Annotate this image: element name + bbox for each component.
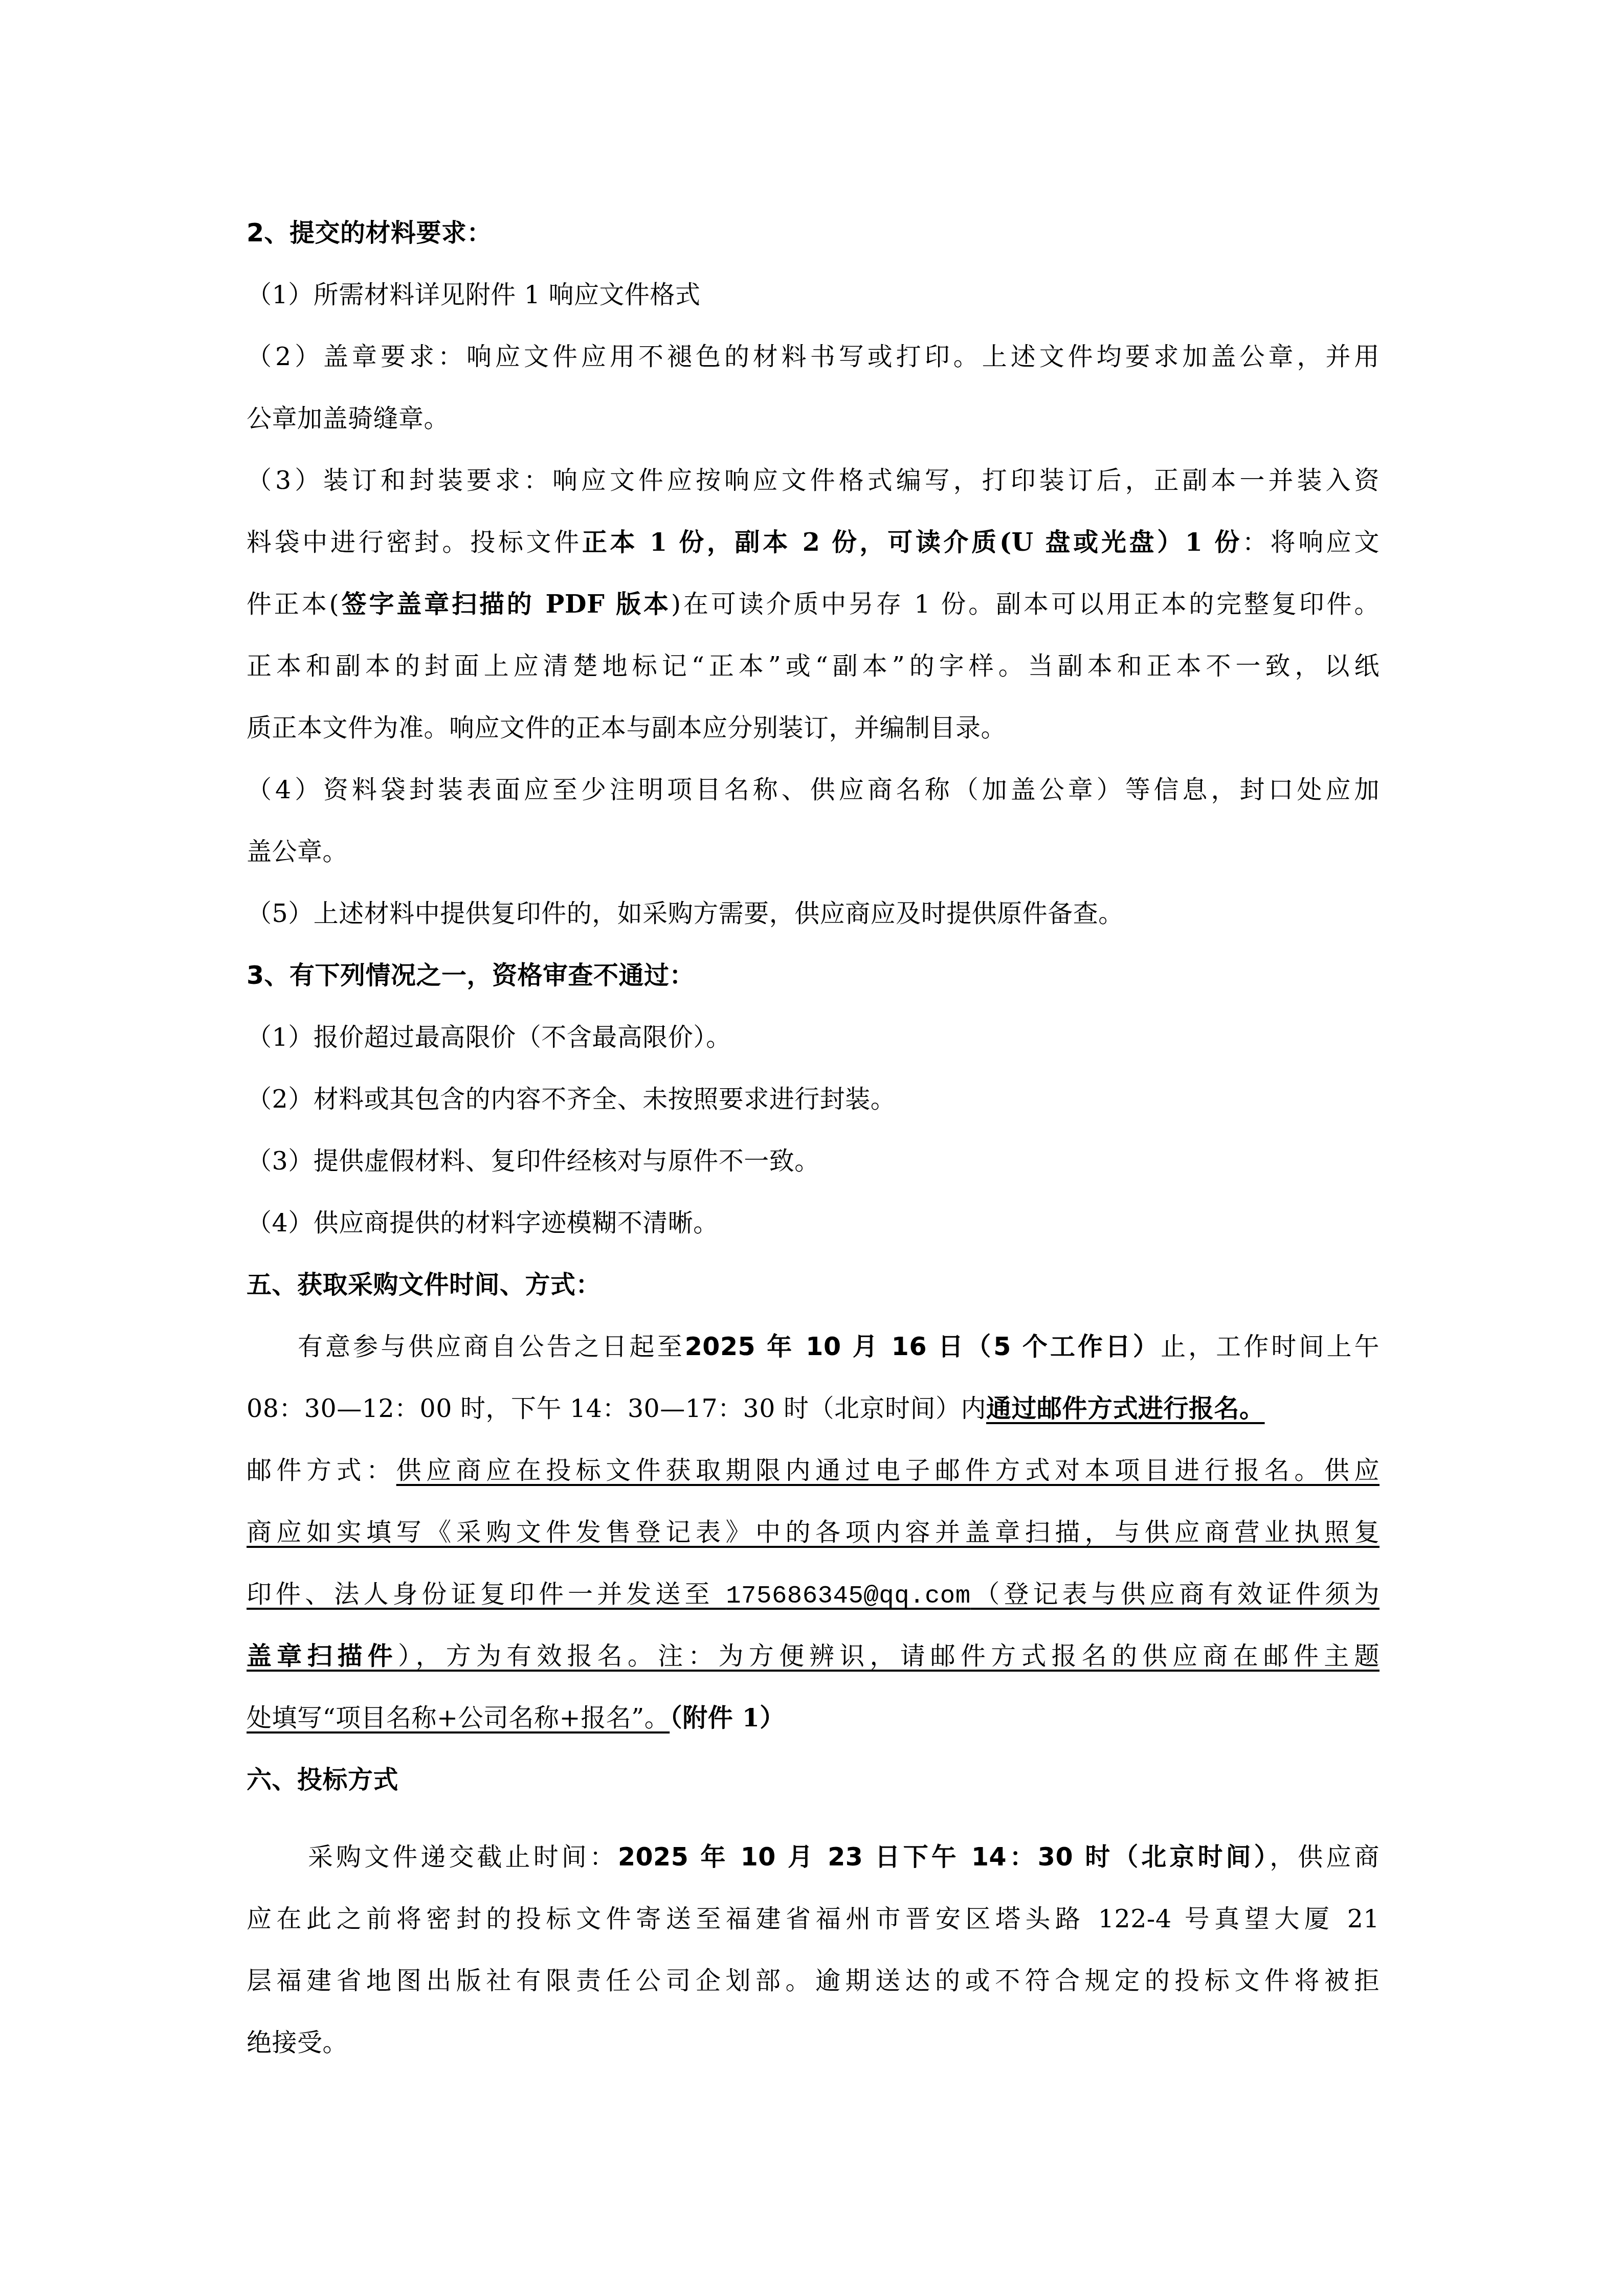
text-run: 印件、法人身份证复印件一并发送至 <box>247 1580 726 1609</box>
section-5-para-line-1: 有意参与供应商自公告之日起至2025 年 10 月 16 日（5 个工作日）止，… <box>247 1316 1380 1378</box>
section-2-heading: 2、提交的材料要求： <box>247 202 1380 264</box>
attachment-ref: （附件 1） <box>670 1703 785 1732</box>
section-2-item-3-line-5: 质正本文件为准。响应文件的正本与副本应分别装订，并编制目录。 <box>247 697 1380 759</box>
text-run: ：将响应文 <box>1242 528 1380 557</box>
email-method-line-4: 盖章扫描件），方为有效报名。注：为方便辨识，请邮件方式报名的供应商在邮件主题 <box>247 1625 1380 1687</box>
text-run: 有意参与供应商自公告之日起至 <box>298 1332 685 1361</box>
email-method-label: 邮件方式： <box>247 1456 396 1485</box>
section-2-item-1: （1）所需材料详见附件 1 响应文件格式 <box>247 264 1380 326</box>
section-2-item-2-line-2: 公章加盖骑缝章。 <box>247 388 1380 449</box>
document-page: 2、提交的材料要求： （1）所需材料详见附件 1 响应文件格式 （2）盖章要求：… <box>247 202 1380 2074</box>
section-2-item-2-line-1: （2）盖章要求：响应文件应用不褪色的材料书写或打印。上述文件均要求加盖公章，并用 <box>247 326 1380 388</box>
email-method-line-5: 处填写“项目名称+公司名称+报名”。（附件 1） <box>247 1687 1380 1749</box>
text-run: 料袋中进行密封。投标文件 <box>247 528 582 557</box>
section-6-para-line-3: 层福建省地图出版社有限责任公司企划部。逾期送达的或不符合规定的投标文件将被拒 <box>247 1950 1380 2012</box>
text-run: 止，工作时间上午 <box>1161 1332 1380 1361</box>
text-run: 采购文件递交截止时间： <box>308 1842 618 1872</box>
section-2-item-3-line-2: 料袋中进行密封。投标文件正本 1 份，副本 2 份，可读介质(U 盘或光盘）1 … <box>247 511 1380 573</box>
text-run: （登记表与供应商有效证件须为 <box>971 1580 1380 1609</box>
text-run: 处填写“项目名称+公司名称+报名”。 <box>247 1703 670 1732</box>
pdf-version-requirement: 签字盖章扫描的 PDF 版本 <box>339 589 671 619</box>
text-run: ，供应商 <box>1270 1842 1380 1872</box>
section-3-heading: 3、有下列情况之一，资格审查不通过： <box>247 944 1380 1006</box>
email-method-line-3: 印件、法人身份证复印件一并发送至 175686345@qq.com（登记表与供应… <box>247 1563 1380 1625</box>
text-run: 件正本( <box>247 590 339 619</box>
deadline-date: 2025 年 10 月 16 日（5 个工作日） <box>685 1332 1161 1361</box>
section-2-item-3-line-4: 正本和副本的封面上应清楚地标记“正本”或“副本”的字样。当副本和正本不一致，以纸 <box>247 635 1380 697</box>
copies-requirement: 正本 1 份，副本 2 份，可读介质(U 盘或光盘）1 份 <box>582 527 1242 557</box>
section-5-para-line-2: 08：30—12：00 时，下午 14：30—17：30 时（北京时间）内通过邮… <box>247 1378 1380 1439</box>
section-2-item-3-line-1: （3）装订和封装要求：响应文件应按响应文件格式编写，打印装订后，正副本一并装入资 <box>247 449 1380 511</box>
stamped-scan: 盖章扫描件 <box>247 1641 398 1671</box>
section-6-para-line-2: 应在此之前将密封的投标文件寄送至福建省福州市晋安区塔头路 122-4 号真望大厦… <box>247 1888 1380 1950</box>
spacer <box>247 1811 1380 1826</box>
section-3-item-3: （3）提供虚假材料、复印件经核对与原件不一致。 <box>247 1130 1380 1192</box>
section-2-item-4-line-1: （4）资料袋封装表面应至少注明项目名称、供应商名称（加盖公章）等信息，封口处应加 <box>247 759 1380 821</box>
section-2-item-5: （5）上述材料中提供复印件的，如采购方需要，供应商应及时提供原件备查。 <box>247 883 1380 944</box>
email-method-line-1: 邮件方式：供应商应在投标文件获取期限内通过电子邮件方式对本项目进行报名。供应 <box>247 1439 1380 1501</box>
section-2-item-4-line-2: 盖公章。 <box>247 821 1380 883</box>
email-address-link[interactable]: 175686345@qq.com <box>726 1582 970 1610</box>
section-3-item-4: （4）供应商提供的材料字迹模糊不清晰。 <box>247 1192 1380 1254</box>
section-3-item-1: （1）报价超过最高限价（不含最高限价）。 <box>247 1006 1380 1068</box>
text-run: )在可读介质中另存 1 份。副本可以用正本的完整复印件。 <box>671 590 1380 619</box>
section-5-heading: 五、获取采购文件时间、方式： <box>247 1254 1380 1316</box>
email-method-line-2: 商应如实填写《采购文件发售登记表》中的各项内容并盖章扫描，与供应商营业执照复 <box>247 1501 1380 1563</box>
section-2-item-3-line-3: 件正本(签字盖章扫描的 PDF 版本)在可读介质中另存 1 份。副本可以用正本的… <box>247 573 1380 635</box>
text-run: 供应商应在投标文件获取期限内通过电子邮件方式对本项目进行报名。供应 <box>396 1456 1380 1485</box>
text-run: ），方为有效报名。注：为方便辨识，请邮件方式报名的供应商在邮件主题 <box>398 1641 1380 1671</box>
section-6-para-line-1: 采购文件递交截止时间：2025 年 10 月 23 日下午 14：30 时（北京… <box>247 1826 1380 1888</box>
section-6-heading: 六、投标方式 <box>247 1749 1380 1811</box>
submission-deadline: 2025 年 10 月 23 日下午 14：30 时（北京时间） <box>618 1842 1270 1872</box>
registration-method: 通过邮件方式进行报名。 <box>986 1393 1265 1423</box>
section-3-item-2: （2）材料或其包含的内容不齐全、未按照要求进行封装。 <box>247 1068 1380 1130</box>
text-run: 08：30—12：00 时，下午 14：30—17：30 时（北京时间）内 <box>247 1394 986 1423</box>
section-6-para-line-4: 绝接受。 <box>247 2012 1380 2074</box>
